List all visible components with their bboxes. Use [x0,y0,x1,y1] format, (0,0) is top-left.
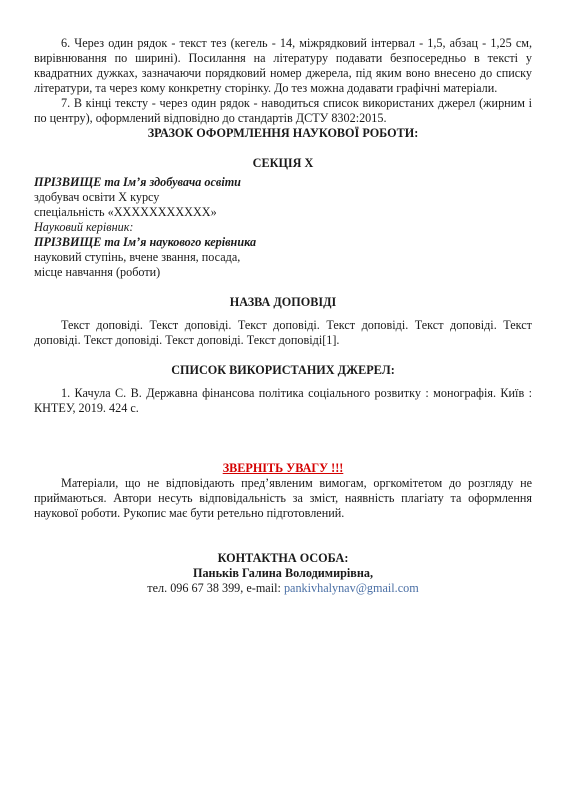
contact-email-link[interactable]: pankivhalynav@gmail.com [284,581,419,595]
instruction-paragraph-6: 6. Через один рядок - текст тез (кегель … [34,36,532,96]
contact-line: тел. 096 67 38 399, e-mail: pankivhalyna… [34,581,532,596]
supervisor-label: Науковий керівник: [34,220,532,235]
author-name: ПРІЗВИЩЕ та Ім’я здобувача освіти [34,175,532,190]
sample-heading: ЗРАЗОК ОФОРМЛЕННЯ НАУКОВОЇ РОБОТИ: [34,126,532,141]
section-heading: СЕКЦІЯ Х [34,156,532,171]
author-course: здобувач освіти Х курсу [34,190,532,205]
attention-text: Матеріали, що не відповідають пред’явлен… [34,476,532,521]
contact-block: КОНТАКТНА ОСОБА: Паньків Галина Володими… [34,551,532,596]
supervisor-degree: науковий ступінь, вчене звання, посада, [34,250,532,265]
report-text: Текст доповіді. Текст доповіді. Текст до… [34,318,532,348]
contact-heading: КОНТАКТНА ОСОБА: [34,551,532,566]
supervisor-name: ПРІЗВИЩЕ та Ім’я наукового керівника [34,235,532,250]
contact-phone: тел. 096 67 38 399, e-mail: [147,581,284,595]
references-heading: СПИСОК ВИКОРИСТАНИХ ДЖЕРЕЛ: [34,363,532,378]
supervisor-workplace: місце навчання (роботи) [34,265,532,280]
reference-item: 1. Качула С. В. Державна фінансова політ… [34,386,532,416]
author-specialty: спеціальність «ХХХХХХХХХХХ» [34,205,532,220]
author-block: ПРІЗВИЩЕ та Ім’я здобувача освіти здобув… [34,175,532,280]
attention-heading: ЗВЕРНІТЬ УВАГУ !!! [34,461,532,476]
instruction-paragraph-7: 7. В кінці тексту - через один рядок - н… [34,96,532,126]
report-title: НАЗВА ДОПОВІДІ [34,295,532,310]
document-page: 6. Через один рядок - текст тез (кегель … [34,36,532,596]
contact-name: Паньків Галина Володимирівна, [34,566,532,581]
